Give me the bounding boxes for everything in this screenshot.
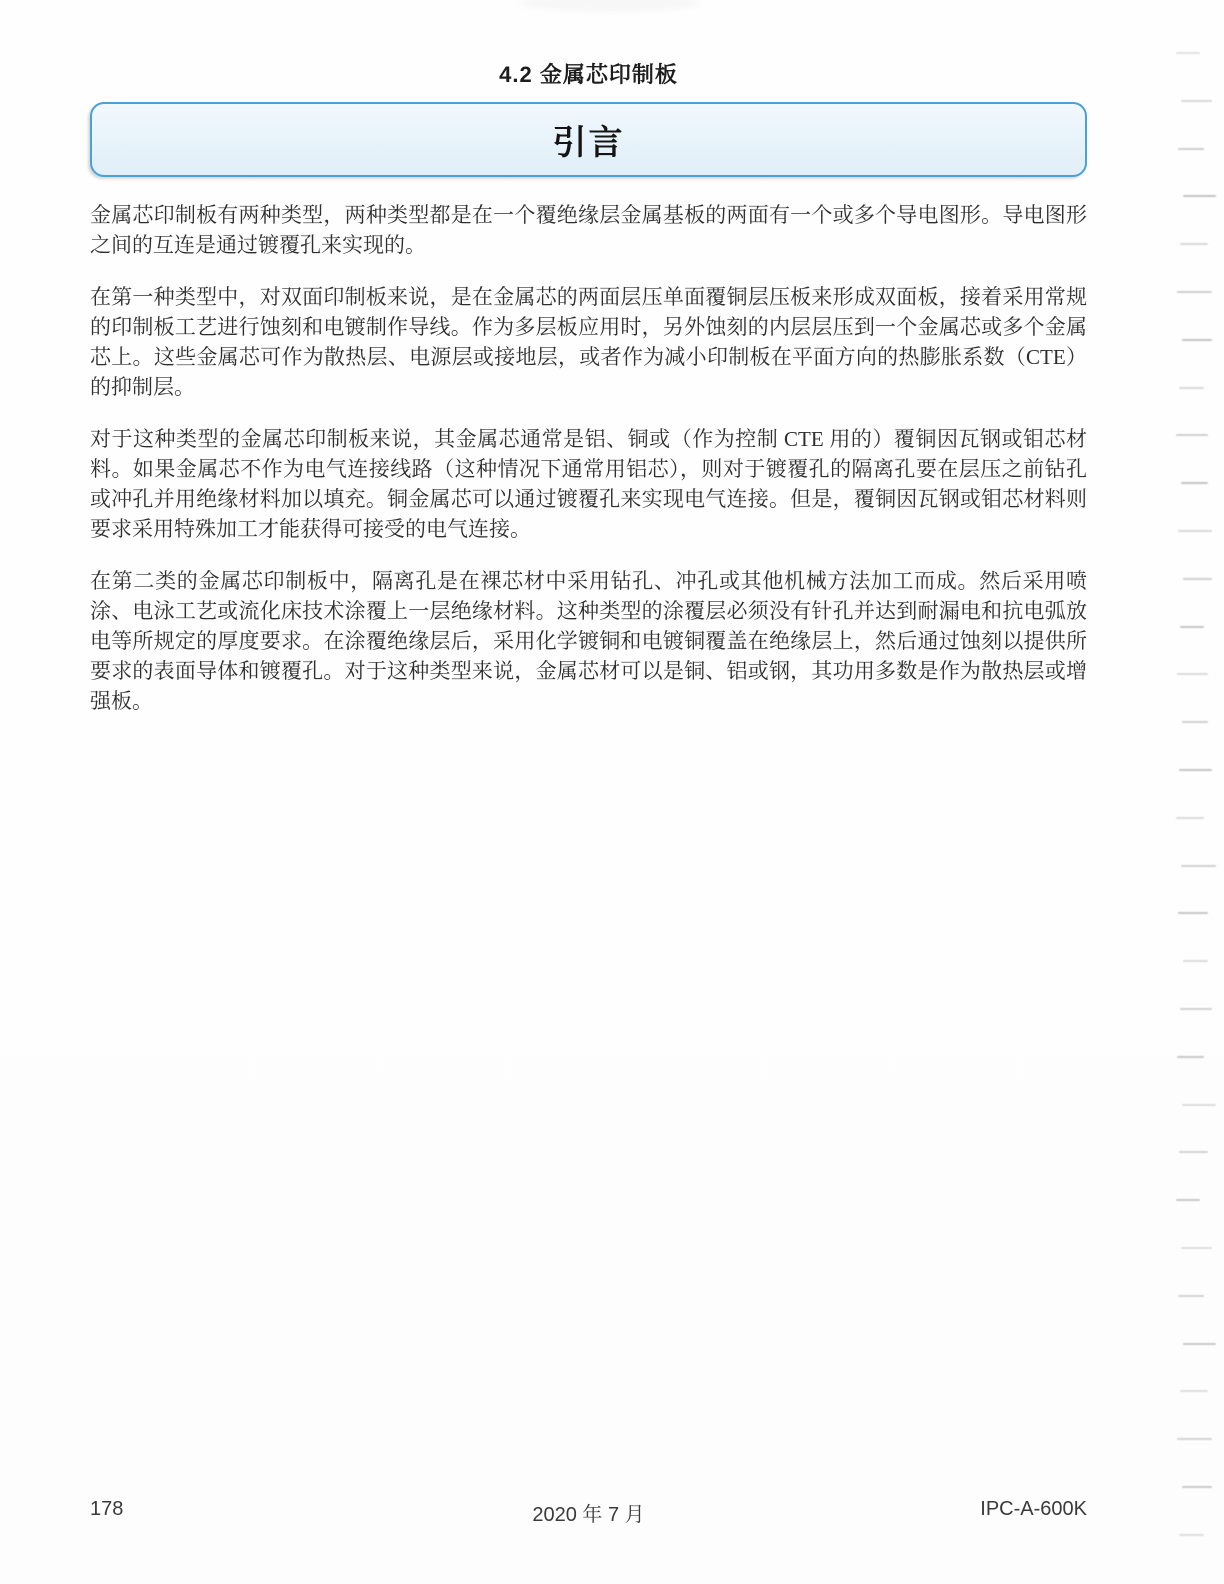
edge-mark bbox=[1181, 1247, 1212, 1249]
scan-smudge bbox=[520, 0, 700, 12]
edge-mark bbox=[1183, 195, 1216, 197]
edge-mark bbox=[1178, 1295, 1204, 1297]
intro-box-title: 引言 bbox=[553, 115, 625, 164]
edge-mark bbox=[1181, 482, 1208, 484]
body-text: 金属芯印制板有两种类型，两种类型都是在一个覆绝缘层金属基板的两面有一个或多个导电… bbox=[90, 200, 1087, 738]
edge-mark bbox=[1180, 1390, 1208, 1392]
edge-mark bbox=[1179, 1151, 1208, 1153]
edge-mark bbox=[1182, 1104, 1216, 1106]
edge-mark bbox=[1178, 148, 1204, 150]
edge-mark bbox=[1176, 817, 1204, 819]
paragraph: 在第一种类型中，对双面印制板来说，是在金属芯的两面层压单面覆铜层压板来形成双面板… bbox=[90, 282, 1087, 402]
edge-mark bbox=[1183, 578, 1212, 580]
page-edge-marks bbox=[1176, 0, 1216, 1584]
intro-box: 引言 bbox=[90, 102, 1087, 177]
edge-mark bbox=[1182, 1486, 1212, 1488]
paragraph: 对于这种类型的金属芯印制板来说，其金属芯通常是铝、铜或（作为控制 CTE 用的）… bbox=[90, 424, 1087, 544]
section-header: 4.2 金属芯印制板 bbox=[90, 58, 1087, 89]
edge-mark bbox=[1178, 530, 1212, 532]
edge-mark bbox=[1181, 865, 1216, 867]
edge-mark bbox=[1182, 339, 1212, 341]
edge-mark bbox=[1177, 673, 1208, 675]
edge-mark bbox=[1179, 387, 1204, 389]
edge-mark bbox=[1180, 626, 1204, 628]
document-page: 4.2 金属芯印制板 引言 金属芯印制板有两种类型，两种类型都是在一个覆绝缘层金… bbox=[0, 0, 1224, 1584]
edge-mark bbox=[1180, 1008, 1212, 1010]
edge-mark bbox=[1177, 291, 1212, 293]
edge-mark bbox=[1176, 1199, 1200, 1201]
edge-mark bbox=[1179, 1534, 1204, 1536]
edge-mark bbox=[1178, 912, 1208, 914]
edge-mark bbox=[1183, 960, 1208, 962]
edge-mark bbox=[1182, 721, 1208, 723]
edge-mark bbox=[1183, 1343, 1216, 1345]
paragraph: 在第二类的金属芯印制板中，隔离孔是在裸芯材中采用钻孔、冲孔或其他机械方法加工而成… bbox=[90, 566, 1087, 716]
edge-mark bbox=[1176, 52, 1200, 54]
edge-mark bbox=[1177, 1438, 1212, 1440]
footer-date: 2020 年 7 月 bbox=[90, 1498, 1087, 1527]
edge-mark bbox=[1176, 434, 1208, 436]
edge-mark bbox=[1177, 1056, 1204, 1058]
footer-doc-id: IPC-A-600K bbox=[980, 1498, 1087, 1521]
edge-mark bbox=[1181, 100, 1212, 102]
edge-mark bbox=[1179, 769, 1212, 771]
edge-mark bbox=[1180, 243, 1208, 245]
paragraph: 金属芯印制板有两种类型，两种类型都是在一个覆绝缘层金属基板的两面有一个或多个导电… bbox=[90, 200, 1087, 260]
